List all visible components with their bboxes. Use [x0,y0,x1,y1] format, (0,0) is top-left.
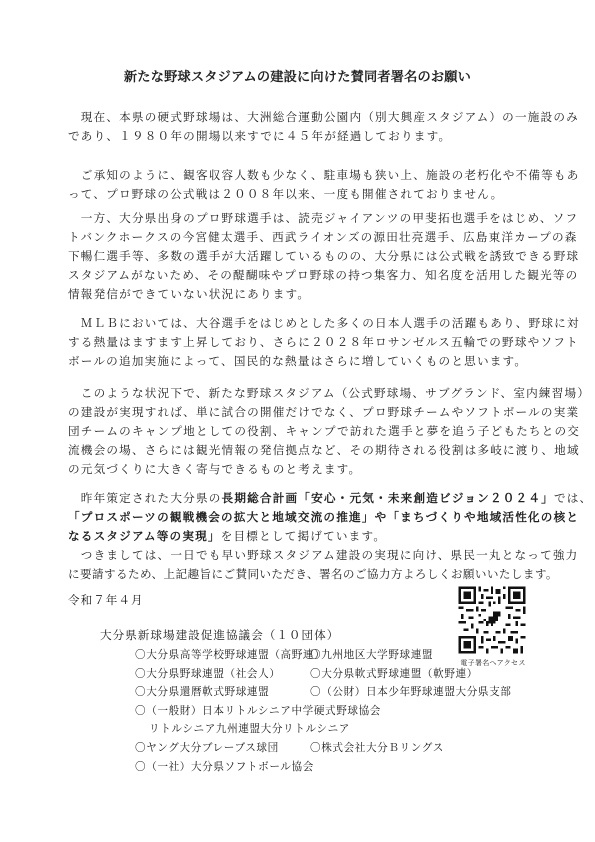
organization-name: 大分県新球場建設促進協議会（１０団体） [100,627,339,643]
member-item: 〇大分県還暦軟式野球連盟 [135,683,310,702]
paragraph-line: なるスタジアム等の実現」を目標として掲げています。 [68,527,532,546]
bold-goal-text: なるスタジアム等の実現」 [68,529,221,543]
paragraph-line: ボールの追加実施によって、国民的な熱量はさらに増していくものと思います。 [68,352,532,371]
paragraph-line: つきましては、一日でも早い野球スタジアム建設の実現に向け、県民一丸となって強力 [68,546,532,565]
paragraph-line: の元気づくりに大きく寄与できるものと考えます。 [68,460,532,479]
paragraph-line: ご承知のように、観客収容人数も少なく、駐車場も狭い上、施設の老朽化や不備等もあ [68,166,532,185]
paragraph-line: ＭＬＢにおいては、大谷選手をはじめとした多くの日本人選手の活躍もあり、野球に対 [68,314,532,333]
member-item: 〇大分県高等学校野球連盟（高野連） [135,646,310,665]
member-row: リトルシニア九州連盟大分リトルシニア [135,720,512,739]
member-item: 〇大分県野球連盟（社会人） [135,665,310,684]
paragraph-line: 一方、大分県出身のプロ野球選手は、読売ジャイアンツの甲斐拓也選手をはじめ、ソフ [68,209,532,228]
date: 令和７年４月 [68,592,144,608]
paragraph-line: 流機会の場、さらには観光情報の発信拠点など、その期待される役割は多岐に渡り、地域 [68,441,532,460]
paragraph-line: 情報発信ができていない状況にあります。 [68,285,532,304]
paragraph-line: であり、１９８０年の開場以来すでに４５年が経過しております。 [68,127,532,146]
document-page: 新たな野球スタジアムの建設に向けた賛同者署名のお願い 現在、本県の硬式野球場は、… [0,0,595,842]
paragraph-line: する熱量はますます上昇しており、さらに２０２８年ロサンゼルス五輪での野球やソフト [68,333,532,352]
member-item: 〇株式会社大分Ｂリングス [310,739,444,758]
paragraph-line: 団チームのキャンプ地としての役割、キャンプで訪れた選手と夢を追う子どもたちとの交 [68,422,532,441]
paragraph-line: 昨年策定された大分県の長期総合計画「安心・元気・未来創造ビジョン２０２４」では、 [68,489,532,508]
text-segment: を目標として掲げています。 [221,529,386,543]
paragraph-5: このような状況下で、新たな野球スタジアム（公式野球場、サブグランド、室内練習場）… [68,384,532,479]
paragraph-2: ご承知のように、観客収容人数も少なく、駐車場も狭い上、施設の老朽化や不備等もあ … [68,166,532,204]
paragraph-line: スタジアムがないため、その醍醐味やプロ野球の持つ集客力、知名度を活用した観光等の [68,266,532,285]
qr-caption: 電子署名へアクセス [456,658,530,668]
member-row: 〇ヤング大分ブレーブス球団 〇株式会社大分Ｂリングス [135,739,512,758]
page-title: 新たな野球スタジアムの建設に向けた賛同者署名のお願い [0,66,595,85]
member-row: 〇（一般財）日本リトルシニア中学硬式野球協会 [135,702,512,721]
paragraph-6: 昨年策定された大分県の長期総合計画「安心・元気・未来創造ビジョン２０２４」では、… [68,489,532,584]
member-item: 〇（一般財）日本リトルシニア中学硬式野球協会 [135,702,381,721]
member-row: 〇（一社）大分県ソフトボール協会 [135,758,512,777]
member-row: 〇大分県還暦軟式野球連盟 〇（公財）日本少年野球連盟大分県支部 [135,683,512,702]
paragraph-line: トバンクホークスの今宮健太選手、西武ライオンズの源田壮亮選手、広島東洋カープの森 [68,228,532,247]
qr-code-icon[interactable] [456,584,528,656]
member-item: 〇大分県軟式野球連盟（軟野連） [310,665,478,684]
paragraph-line: このような状況下で、新たな野球スタジアム（公式野球場、サブグランド、室内練習場） [68,384,532,403]
paragraph-4: ＭＬＢにおいては、大谷選手をはじめとした多くの日本人選手の活躍もあり、野球に対 … [68,314,532,371]
text-segment: 昨年策定された大分県の [68,491,222,505]
member-item: 〇ヤング大分ブレーブス球団 [135,739,310,758]
bold-plan-name: 長期総合計画「安心・元気・未来創造ビジョン２０２４」 [222,491,554,505]
bold-goal-line: 「プロスポーツの観戦機会の拡大と地域交流の推進」や「まちづくりや地域活性化の核と [68,508,532,527]
paragraph-line: って、プロ野球の公式戦は２００８年以来、一度も開催されておりません。 [68,185,532,204]
scan-speck-icon [558,428,566,448]
member-item: 〇（公財）日本少年野球連盟大分県支部 [310,683,512,702]
paragraph-line: 現在、本県の硬式野球場は、大洲総合運動公園内（別大興産スタジアム）の一施設のみ [68,108,532,127]
qr-block: 電子署名へアクセス [456,584,530,668]
paragraph-line: の建設が実現すれば、単に試合の開催だけでなく、プロ野球チームやソフトボールの実業 [68,403,532,422]
member-item: リトルシニア九州連盟大分リトルシニア [149,720,350,739]
member-item: 〇（一社）大分県ソフトボール協会 [135,758,314,777]
paragraph-3: 一方、大分県出身のプロ野球選手は、読売ジャイアンツの甲斐拓也選手をはじめ、ソフ … [68,209,532,304]
paragraph-line: に要請するため、上記趣旨にご賛同いただき、署名のご協力方よろしくお願いいたします… [68,565,532,584]
text-segment: では、 [554,491,592,505]
member-item: 〇九州地区大学野球連盟 [310,646,433,665]
paragraph-line: 下暢仁選手等、多数の選手が大活躍しているものの、大分県には公式戦を誘致できる野球 [68,247,532,266]
paragraph-1: 現在、本県の硬式野球場は、大洲総合運動公園内（別大興産スタジアム）の一施設のみ … [68,108,532,146]
